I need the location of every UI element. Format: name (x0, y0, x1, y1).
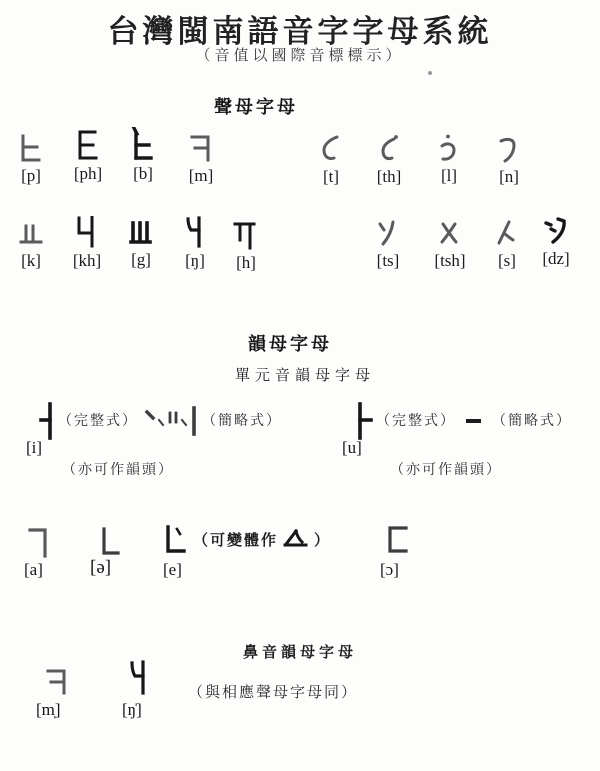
ipa-label: [ŋ] (185, 251, 205, 271)
nasal-block-ng (126, 660, 150, 696)
letter-glyph-ng (181, 216, 209, 248)
u-full-form-label: （完整式） (376, 410, 456, 430)
letter-glyph-s (493, 218, 521, 248)
nasal-block-m (44, 667, 70, 695)
letter-glyph-g (127, 217, 155, 247)
letter-glyph-m (187, 131, 215, 163)
letter-glyph-tsh (436, 218, 464, 248)
u-note: （亦可作韻頭） (390, 459, 502, 479)
page-subtitle: （音值以國際音標標示） (0, 44, 600, 65)
consonant-cell-b: [b] (114, 127, 172, 184)
letter-glyph-ts (374, 218, 402, 248)
consonant-cell-th: [th] (360, 134, 418, 187)
ipa-label-a: [a] (24, 560, 43, 580)
ipa-label-u: [u] (342, 438, 362, 458)
ipa-label-e: [e] (163, 560, 182, 580)
letter-glyph-ph (74, 129, 102, 161)
consonant-cell-ng: [ŋ] (166, 216, 224, 271)
ipa-label-m-syllabic: [m̩] (36, 700, 61, 720)
nasal-note: （與相應聲母字母同） (188, 681, 358, 702)
ipa-label: [g] (131, 250, 151, 270)
ipa-label-open-o: [ɔ] (380, 560, 399, 580)
letter-glyph-m-syllabic (44, 667, 70, 695)
ipa-label: [s] (498, 251, 516, 271)
letter-glyph-e (162, 524, 188, 554)
i-full-form-label: （完整式） (58, 410, 138, 430)
i-note: （亦可作韻頭） (62, 459, 174, 479)
ipa-label: [p] (21, 166, 41, 186)
letter-glyph-i (36, 402, 58, 440)
u-simplified-label: （簡略式） (492, 410, 572, 430)
i-variant-marks-icon (144, 404, 200, 438)
letter-glyph-p (17, 131, 45, 163)
consonant-cell-tsh: [tsh] (421, 218, 479, 271)
consonant-cell-p: [p] (2, 131, 60, 186)
letter-glyph-l (435, 133, 463, 163)
ipa-label: [l] (441, 166, 457, 186)
subsection-heading-nasal: 鼻音韻母字母 (0, 641, 600, 662)
section-heading-vowels: 韻母字母 (0, 330, 580, 356)
ipa-label: [m] (189, 166, 214, 186)
ipa-label: [dz] (542, 249, 569, 269)
ipa-label: [tsh] (434, 251, 465, 271)
ipa-label-ng-syllabic: [ŋ̍] (122, 700, 142, 720)
letter-glyph-kh (73, 216, 101, 248)
ipa-label: [k] (21, 251, 41, 271)
e-variant-glyph (283, 529, 309, 549)
consonant-cell-g: [g] (112, 217, 170, 270)
letter-glyph-th (375, 134, 403, 164)
letter-glyph-t (317, 134, 345, 164)
e-variant-prefix: （可變體作 (193, 529, 278, 550)
letter-glyph-ng-syllabic (126, 660, 150, 696)
section-heading-consonants: 聲母字母 (0, 93, 512, 119)
letter-glyph-dz (542, 216, 570, 246)
subsection-heading-monophthongs: 單元音韻母字母 (0, 364, 600, 385)
e-variant-suffix: ） (314, 529, 331, 550)
ipa-label-i: [i] (26, 438, 42, 458)
letter-glyph-b (129, 127, 157, 161)
letter-glyph-u (352, 402, 374, 440)
consonant-cell-ph: [ph] (59, 129, 117, 184)
vowel-block-e: （可變體作 ） (162, 524, 331, 554)
vowel-block-open-o (384, 524, 410, 554)
letter-glyph-a (26, 526, 52, 558)
letter-glyph-open-o (384, 524, 410, 554)
ipa-label: [t] (323, 167, 339, 187)
consonant-cell-t: [t] (302, 134, 360, 187)
scan-artifact-dot (428, 71, 432, 75)
ipa-label: [h] (236, 253, 256, 273)
vowel-block-i (36, 402, 58, 440)
vowel-block-schwa (96, 526, 122, 556)
ipa-label-schwa: [ə] (90, 557, 111, 579)
letter-glyph-schwa (96, 526, 122, 556)
consonant-cell-n: [n] (480, 134, 538, 187)
ipa-label: [b] (133, 164, 153, 184)
consonant-cell-dz: [dz] (527, 216, 585, 269)
ipa-label: [kh] (73, 251, 101, 271)
letter-glyph-h (232, 218, 260, 250)
i-simplified-variants (144, 404, 200, 438)
consonant-cell-l: [l] (420, 133, 478, 186)
vowel-block-u (352, 402, 374, 440)
letter-glyph-k (17, 218, 45, 248)
u-variant-horizontal-bar-icon (466, 419, 481, 423)
ipa-label: [ts] (377, 251, 400, 271)
consonant-cell-ts: [ts] (359, 218, 417, 271)
consonant-cell-h: [h] (217, 218, 275, 273)
consonant-cell-kh: [kh] (58, 216, 116, 271)
i-simplified-label: （簡略式） (202, 410, 282, 430)
ipa-label: [n] (499, 167, 519, 187)
ipa-label: [ph] (74, 164, 102, 184)
vowel-block-a (26, 526, 52, 558)
document-page: 台灣閩南語音字字母系統 （音值以國際音標標示） 聲母字母 [p] [ph] [b… (0, 0, 600, 771)
consonant-cell-k: [k] (2, 218, 60, 271)
letter-glyph-n (495, 134, 523, 164)
ipa-label: [th] (377, 167, 402, 187)
consonant-cell-m: [m] (172, 131, 230, 186)
